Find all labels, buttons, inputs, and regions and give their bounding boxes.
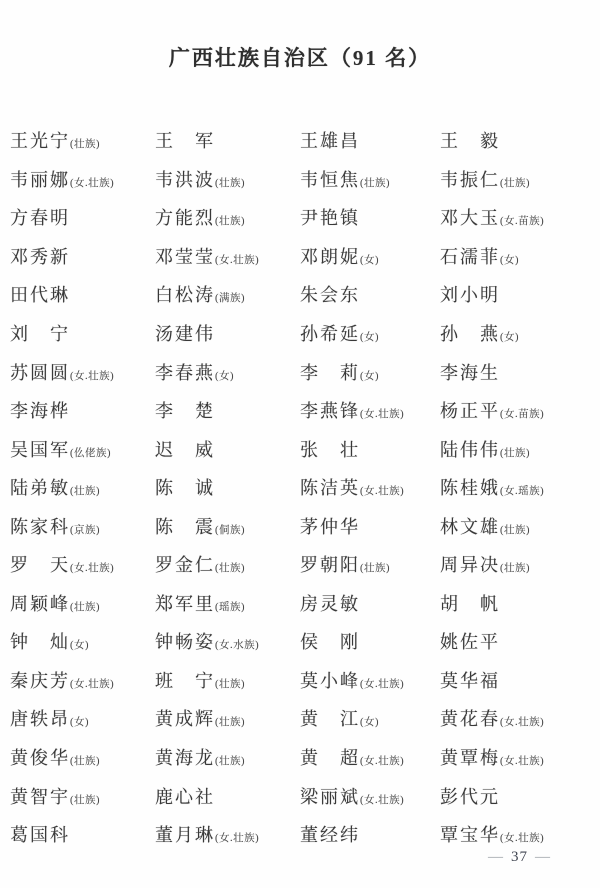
gender-ethnic-note: (女.壮族): [70, 371, 114, 382]
name-roster-grid: 王光宁(壮族)王 军王雄昌王 毅韦丽娜(女.壮族)韦洪波(壮族)韦恒焦(壮族)韦…: [10, 121, 592, 853]
person-name: 周颖峰: [10, 594, 70, 614]
person-name: 吴国军: [10, 440, 70, 460]
person-name: 苏圆圆: [10, 363, 70, 383]
person-name: 林文雄: [440, 517, 500, 537]
roster-entry: 郑军里(瑶族): [155, 590, 300, 616]
person-name: 黄 江: [300, 709, 360, 729]
gender-ethnic-note: (女): [500, 332, 519, 343]
person-name: 王 军: [155, 131, 215, 151]
gender-ethnic-note: (壮族): [215, 178, 245, 189]
roster-entry: 黄海龙(壮族): [155, 744, 300, 770]
roster-entry: 白松涛(满族): [155, 281, 300, 307]
roster-entry: 陆弟敏(壮族): [10, 474, 155, 500]
roster-entry: 周颖峰(壮族): [10, 590, 155, 616]
roster-entry: 班 宁(壮族): [155, 667, 300, 693]
roster-entry: 周异决(壮族): [440, 551, 592, 577]
roster-entry: 鹿心社: [155, 783, 300, 809]
roster-entry: 胡 帆: [440, 590, 592, 616]
gender-ethnic-note: (女.壮族): [500, 717, 544, 728]
gender-ethnic-note: (女.壮族): [360, 795, 404, 806]
person-name: 李 楚: [155, 401, 215, 421]
roster-entry: 苏圆圆(女.壮族): [10, 359, 155, 385]
person-name: 罗朝阳: [300, 555, 360, 575]
gender-ethnic-note: (壮族): [215, 216, 245, 227]
roster-entry: 董月琳(女.壮族): [155, 821, 300, 847]
person-name: 秦庆芳: [10, 671, 70, 691]
roster-entry: 孙 燕(女): [440, 320, 592, 346]
person-name: 黄俊华: [10, 748, 70, 768]
person-name: 黄智宇: [10, 787, 70, 807]
person-name: 侯 刚: [300, 632, 360, 652]
person-name: 王 毅: [440, 131, 500, 151]
person-name: 李春燕: [155, 363, 215, 383]
gender-ethnic-note: (女.壮族): [360, 409, 404, 420]
person-name: 黄成辉: [155, 709, 215, 729]
gender-ethnic-note: (女.壮族): [70, 178, 114, 189]
person-name: 茅仲华: [300, 517, 360, 537]
roster-entry: 李海桦: [10, 397, 155, 423]
roster-entry: 田代琳: [10, 281, 155, 307]
person-name: 郑军里: [155, 594, 215, 614]
person-name: 罗 天: [10, 555, 70, 575]
person-name: 陆弟敏: [10, 478, 70, 498]
person-name: 陈桂娥: [440, 478, 500, 498]
person-name: 方能烈: [155, 208, 215, 228]
roster-entry: 黄俊华(壮族): [10, 744, 155, 770]
person-name: 班 宁: [155, 671, 215, 691]
person-name: 韦恒焦: [300, 170, 360, 190]
roster-entry: 邓秀新: [10, 243, 155, 269]
roster-entry: 彭代元: [440, 783, 592, 809]
gender-ethnic-note: (仫佬族): [70, 448, 111, 459]
person-name: 陆伟伟: [440, 440, 500, 460]
document-page: 广西壮族自治区（91 名） 王光宁(壮族)王 军王雄昌王 毅韦丽娜(女.壮族)韦…: [0, 0, 600, 888]
roster-entry: 陈家科(京族): [10, 513, 155, 539]
person-name: 韦振仁: [440, 170, 500, 190]
page-title: 广西壮族自治区（91 名）: [0, 42, 600, 72]
roster-entry: 林文雄(壮族): [440, 513, 592, 539]
roster-entry: 陈 诚: [155, 474, 300, 500]
roster-entry: 莫小峰(女.壮族): [300, 667, 440, 693]
roster-entry: 董经纬: [300, 821, 440, 847]
roster-entry: 陈洁英(女.壮族): [300, 474, 440, 500]
roster-entry: 黄覃梅(女.壮族): [440, 744, 592, 770]
person-name: 李海桦: [10, 401, 70, 421]
roster-entry: 吴国军(仫佬族): [10, 436, 155, 462]
roster-entry: 罗 天(女.壮族): [10, 551, 155, 577]
roster-entry: 朱会东: [300, 281, 440, 307]
roster-entry: 韦振仁(壮族): [440, 166, 592, 192]
person-name: 莫小峰: [300, 671, 360, 691]
roster-entry: 姚佐平: [440, 628, 592, 654]
roster-entry: 陈 震(侗族): [155, 513, 300, 539]
roster-entry: 黄花春(女.壮族): [440, 705, 592, 731]
gender-ethnic-note: (女): [500, 255, 519, 266]
gender-ethnic-note: (女.壮族): [215, 833, 259, 844]
roster-entry: 陈桂娥(女.瑶族): [440, 474, 592, 500]
gender-ethnic-note: (壮族): [360, 178, 390, 189]
roster-entry: 房灵敏: [300, 590, 440, 616]
person-name: 尹艳镇: [300, 208, 360, 228]
roster-entry: 汤建伟: [155, 320, 300, 346]
person-name: 董月琳: [155, 825, 215, 845]
gender-ethnic-note: (壮族): [500, 448, 530, 459]
gender-ethnic-note: (女): [360, 332, 379, 343]
gender-ethnic-note: (满族): [215, 293, 245, 304]
roster-entry: 迟 威: [155, 436, 300, 462]
person-name: 李 莉: [300, 363, 360, 383]
roster-entry: 罗金仁(壮族): [155, 551, 300, 577]
footer-dash-right: —: [535, 849, 551, 865]
gender-ethnic-note: (女.壮族): [360, 679, 404, 690]
person-name: 覃宝华: [440, 825, 500, 845]
gender-ethnic-note: (女.壮族): [215, 255, 259, 266]
roster-entry: 孙希延(女): [300, 320, 440, 346]
page-footer: —37—: [481, 849, 558, 866]
person-name: 邓秀新: [10, 247, 70, 267]
roster-entry: 黄 江(女): [300, 705, 440, 731]
person-name: 田代琳: [10, 285, 70, 305]
roster-entry: 王 军: [155, 127, 300, 153]
roster-entry: 尹艳镇: [300, 204, 440, 230]
person-name: 董经纬: [300, 825, 360, 845]
gender-ethnic-note: (女): [215, 371, 234, 382]
gender-ethnic-note: (女): [70, 717, 89, 728]
gender-ethnic-note: (壮族): [360, 563, 390, 574]
person-name: 黄海龙: [155, 748, 215, 768]
gender-ethnic-note: (壮族): [500, 563, 530, 574]
person-name: 房灵敏: [300, 594, 360, 614]
gender-ethnic-note: (壮族): [500, 525, 530, 536]
gender-ethnic-note: (女): [360, 717, 379, 728]
person-name: 孙 燕: [440, 324, 500, 344]
gender-ethnic-note: (女): [70, 640, 89, 651]
person-name: 陈 诚: [155, 478, 215, 498]
roster-entry: 张 壮: [300, 436, 440, 462]
roster-entry: 莫华福: [440, 667, 592, 693]
gender-ethnic-note: (壮族): [500, 178, 530, 189]
gender-ethnic-note: (侗族): [215, 525, 245, 536]
person-name: 张 壮: [300, 440, 360, 460]
roster-entry: 李海生: [440, 359, 592, 385]
gender-ethnic-note: (女): [360, 371, 379, 382]
roster-entry: 钟畅姿(女.水族): [155, 628, 300, 654]
person-name: 李海生: [440, 363, 500, 383]
person-name: 黄花春: [440, 709, 500, 729]
person-name: 姚佐平: [440, 632, 500, 652]
page-number: 37: [511, 849, 528, 865]
gender-ethnic-note: (女.水族): [215, 640, 259, 651]
roster-entry: 茅仲华: [300, 513, 440, 539]
roster-entry: 韦恒焦(壮族): [300, 166, 440, 192]
roster-entry: 王雄昌: [300, 127, 440, 153]
gender-ethnic-note: (女.瑶族): [500, 486, 544, 497]
gender-ethnic-note: (女.苗族): [500, 409, 544, 420]
person-name: 罗金仁: [155, 555, 215, 575]
gender-ethnic-note: (壮族): [215, 717, 245, 728]
roster-entry: 邓莹莹(女.壮族): [155, 243, 300, 269]
person-name: 邓大玉: [440, 208, 500, 228]
person-name: 韦丽娜: [10, 170, 70, 190]
person-name: 方春明: [10, 208, 70, 228]
person-name: 汤建伟: [155, 324, 215, 344]
person-name: 王雄昌: [300, 131, 360, 151]
roster-entry: 王光宁(壮族): [10, 127, 155, 153]
roster-entry: 李 楚: [155, 397, 300, 423]
gender-ethnic-note: (壮族): [70, 602, 100, 613]
roster-entry: 方能烈(壮族): [155, 204, 300, 230]
roster-entry: 刘小明: [440, 281, 592, 307]
person-name: 陈洁英: [300, 478, 360, 498]
person-name: 孙希延: [300, 324, 360, 344]
person-name: 陈 震: [155, 517, 215, 537]
person-name: 迟 威: [155, 440, 215, 460]
person-name: 莫华福: [440, 671, 500, 691]
person-name: 刘 宁: [10, 324, 70, 344]
roster-entry: 杨正平(女.苗族): [440, 397, 592, 423]
roster-entry: 黄 超(女.壮族): [300, 744, 440, 770]
person-name: 黄 超: [300, 748, 360, 768]
person-name: 王光宁: [10, 131, 70, 151]
roster-entry: 侯 刚: [300, 628, 440, 654]
person-name: 陈家科: [10, 517, 70, 537]
gender-ethnic-note: (壮族): [70, 795, 100, 806]
gender-ethnic-note: (壮族): [70, 756, 100, 767]
person-name: 韦洪波: [155, 170, 215, 190]
roster-entry: 邓朗妮(女): [300, 243, 440, 269]
person-name: 葛国科: [10, 825, 70, 845]
person-name: 钟畅姿: [155, 632, 215, 652]
person-name: 邓朗妮: [300, 247, 360, 267]
person-name: 唐轶昂: [10, 709, 70, 729]
gender-ethnic-note: (瑶族): [215, 602, 245, 613]
person-name: 黄覃梅: [440, 748, 500, 768]
gender-ethnic-note: (女.壮族): [360, 486, 404, 497]
roster-entry: 唐轶昂(女): [10, 705, 155, 731]
roster-entry: 秦庆芳(女.壮族): [10, 667, 155, 693]
roster-entry: 韦丽娜(女.壮族): [10, 166, 155, 192]
roster-entry: 李春燕(女): [155, 359, 300, 385]
roster-entry: 韦洪波(壮族): [155, 166, 300, 192]
person-name: 梁丽斌: [300, 787, 360, 807]
person-name: 白松涛: [155, 285, 215, 305]
roster-entry: 刘 宁: [10, 320, 155, 346]
person-name: 杨正平: [440, 401, 500, 421]
footer-dash-left: —: [488, 849, 504, 865]
gender-ethnic-note: (女.壮族): [500, 756, 544, 767]
gender-ethnic-note: (女.壮族): [70, 679, 114, 690]
roster-entry: 黄成辉(壮族): [155, 705, 300, 731]
gender-ethnic-note: (壮族): [70, 139, 100, 150]
person-name: 鹿心社: [155, 787, 215, 807]
gender-ethnic-note: (女.苗族): [500, 216, 544, 227]
roster-entry: 邓大玉(女.苗族): [440, 204, 592, 230]
gender-ethnic-note: (女.壮族): [70, 563, 114, 574]
person-name: 邓莹莹: [155, 247, 215, 267]
gender-ethnic-note: (壮族): [70, 486, 100, 497]
person-name: 周异决: [440, 555, 500, 575]
person-name: 刘小明: [440, 285, 500, 305]
roster-entry: 覃宝华(女.壮族): [440, 821, 592, 847]
roster-entry: 梁丽斌(女.壮族): [300, 783, 440, 809]
person-name: 钟 灿: [10, 632, 70, 652]
gender-ethnic-note: (女.壮族): [360, 756, 404, 767]
gender-ethnic-note: (女.壮族): [500, 833, 544, 844]
person-name: 彭代元: [440, 787, 500, 807]
roster-entry: 罗朝阳(壮族): [300, 551, 440, 577]
person-name: 李燕锋: [300, 401, 360, 421]
roster-entry: 石濡菲(女): [440, 243, 592, 269]
roster-entry: 葛国科: [10, 821, 155, 847]
roster-entry: 黄智宇(壮族): [10, 783, 155, 809]
person-name: 胡 帆: [440, 594, 500, 614]
gender-ethnic-note: (女): [360, 255, 379, 266]
roster-entry: 陆伟伟(壮族): [440, 436, 592, 462]
gender-ethnic-note: (京族): [70, 525, 100, 536]
person-name: 石濡菲: [440, 247, 500, 267]
roster-entry: 王 毅: [440, 127, 592, 153]
gender-ethnic-note: (壮族): [215, 756, 245, 767]
gender-ethnic-note: (壮族): [215, 679, 245, 690]
roster-entry: 李燕锋(女.壮族): [300, 397, 440, 423]
roster-entry: 李 莉(女): [300, 359, 440, 385]
person-name: 朱会东: [300, 285, 360, 305]
roster-entry: 钟 灿(女): [10, 628, 155, 654]
gender-ethnic-note: (壮族): [215, 563, 245, 574]
roster-entry: 方春明: [10, 204, 155, 230]
